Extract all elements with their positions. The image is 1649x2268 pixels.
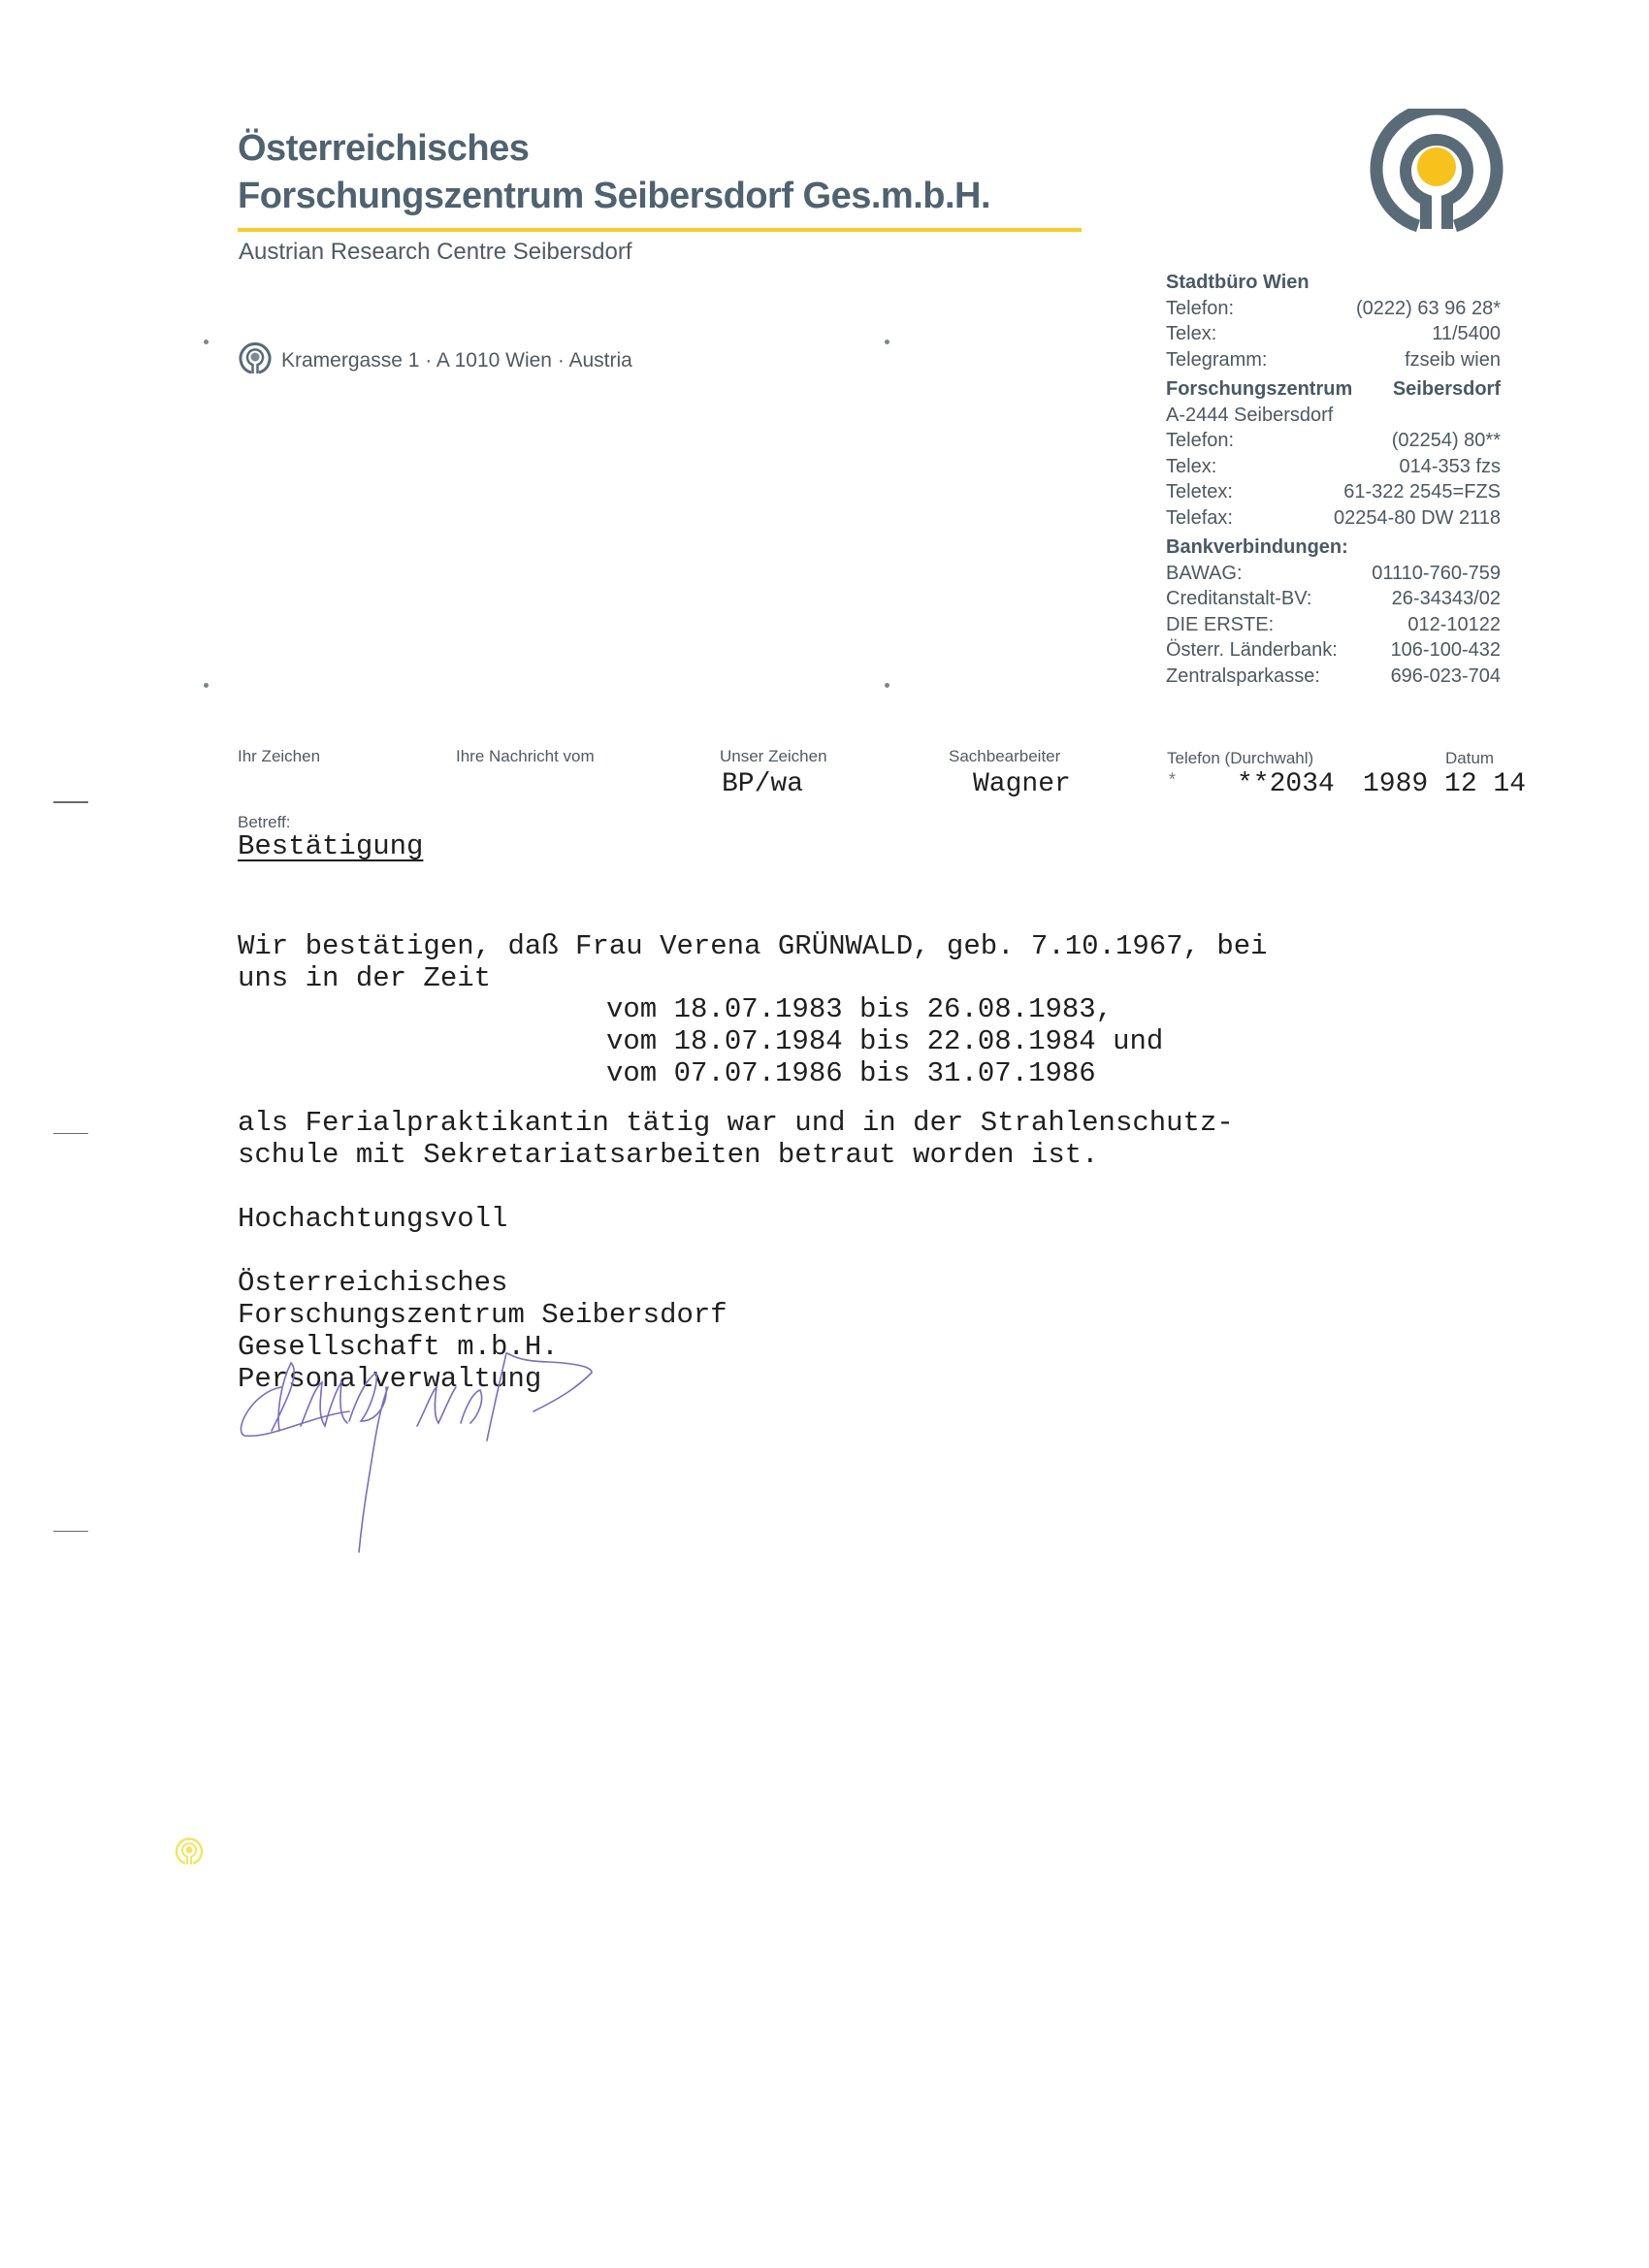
subject-value: Bestätigung xyxy=(238,830,423,862)
datum-label: Datum xyxy=(1445,749,1494,768)
seibersdorf-logo-small-icon xyxy=(239,341,272,379)
fold-mark xyxy=(53,801,88,803)
research-centre-teletex: Teletex:61-322 2545=FZS xyxy=(1166,479,1501,505)
body-closing-line2: schule mit Sekretariatsarbeiten betraut … xyxy=(238,1139,1099,1171)
city-office-telegram: Telegramm:fzseib wien xyxy=(1166,347,1501,373)
body-intro-line2: uns in der Zeit xyxy=(238,962,491,994)
contact-block: Stadtbüro Wien Telefon:(0222) 63 96 28* … xyxy=(1166,270,1501,689)
bank-row: BAWAG:01110-760-759 xyxy=(1166,561,1501,587)
punch-mark xyxy=(885,683,889,688)
org-name-line1: Österreichisches xyxy=(238,128,529,170)
bank-row: Österr. Länderbank:106-100-432 xyxy=(1166,637,1501,664)
period-3: vom 07.07.1986 bis 31.07.1986 xyxy=(606,1057,1096,1089)
telefon-label: Telefon (Durchwahl) xyxy=(1167,749,1313,768)
fold-mark xyxy=(53,1133,88,1134)
telefon-prefix: * xyxy=(1167,772,1178,792)
period-1: vom 18.07.1983 bis 26.08.1983, xyxy=(606,993,1113,1025)
bank-row: Zentralsparkasse:696-023-704 xyxy=(1166,664,1501,690)
punch-mark xyxy=(204,340,209,344)
city-office-heading: Stadtbüro Wien xyxy=(1166,270,1501,296)
org-name-line2: Forschungszentrum Seibersdorf Ges.m.b.H. xyxy=(238,176,990,217)
signature-line-2: Forschungszentrum Seibersdorf xyxy=(238,1299,727,1331)
sachbearbeiter-label: Sachbearbeiter xyxy=(949,747,1060,766)
subject-label: Betreff: xyxy=(238,813,291,832)
banks-heading: Bankverbindungen: xyxy=(1166,535,1501,561)
punch-mark xyxy=(204,683,209,688)
city-office-phone: Telefon:(0222) 63 96 28* xyxy=(1166,296,1501,322)
fold-mark xyxy=(53,1531,88,1532)
bank-row: Creditanstalt-BV:26-34343/02 xyxy=(1166,586,1501,612)
bank-row: DIE ERSTE:012-10122 xyxy=(1166,612,1501,638)
ihr-zeichen-label: Ihr Zeichen xyxy=(238,747,320,766)
city-office-telex: Telex:11/5400 xyxy=(1166,321,1501,347)
handwritten-signature-icon xyxy=(233,1334,708,1562)
datum-value: 1989 12 14 xyxy=(1363,769,1526,799)
unser-zeichen-label: Unser Zeichen xyxy=(720,747,827,766)
salutation: Hochachtungsvoll xyxy=(238,1203,507,1235)
research-centre-phone: Telefon:(02254) 80** xyxy=(1166,428,1501,454)
postal-address: Kramergasse 1 · A 1010 Wien · Austria xyxy=(239,341,632,379)
research-centre-address: A-2444 Seibersdorf xyxy=(1166,403,1501,429)
letterhead-rule xyxy=(238,228,1082,232)
unser-zeichen-value: BP/wa xyxy=(722,769,803,799)
seibersdorf-logo-icon xyxy=(1368,109,1505,233)
signature-line-1: Österreichisches xyxy=(238,1267,507,1299)
sachbearbeiter-value: Wagner xyxy=(973,769,1071,799)
address-text: Kramergasse 1 · A 1010 Wien · Austria xyxy=(281,349,632,373)
seibersdorf-logo-watermark-icon xyxy=(175,1836,204,1865)
research-centre-telefax: Telefax:02254-80 DW 2118 xyxy=(1166,505,1501,532)
period-2: vom 18.07.1984 bis 22.08.1984 und xyxy=(606,1025,1163,1057)
body-closing-line1: als Ferialpraktikantin tätig war und in … xyxy=(238,1107,1234,1139)
ihre-nachricht-label: Ihre Nachricht vom xyxy=(456,747,595,766)
body-intro-line1: Wir bestätigen, daß Frau Verena GRÜNWALD… xyxy=(238,930,1268,962)
org-subtitle: Austrian Research Centre Seibersdorf xyxy=(239,239,632,266)
punch-mark xyxy=(885,340,889,344)
research-centre-heading: ForschungszentrumSeibersdorf xyxy=(1166,376,1501,403)
research-centre-telex: Telex:014-353 fzs xyxy=(1166,454,1501,480)
telefon-value: **2034 xyxy=(1237,769,1335,799)
